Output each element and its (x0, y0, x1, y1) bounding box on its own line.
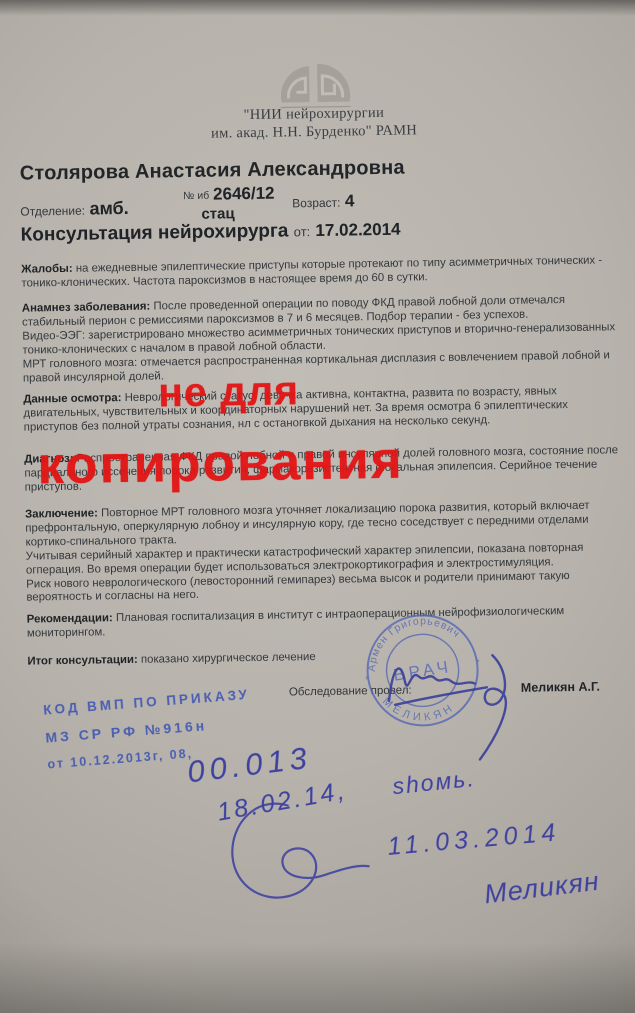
photo-vignette (0, 0, 635, 1013)
photo-top-shadow (0, 0, 635, 16)
photo-bottom-shadow (0, 943, 635, 1013)
photographed-medical-document: { "colors": { "paper": "#b7b3ac", "water… (0, 0, 635, 1013)
